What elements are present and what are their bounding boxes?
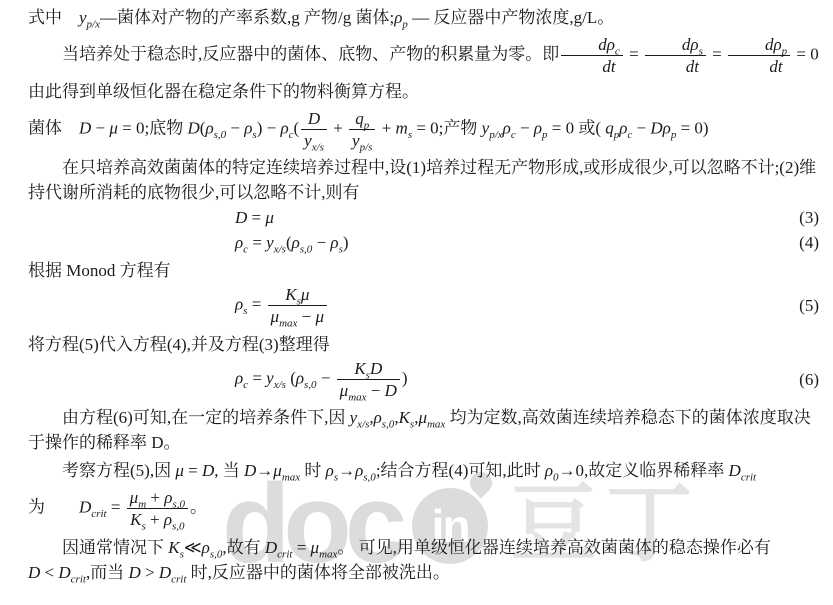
equation-6-label: (6): [799, 367, 825, 392]
fraction: Dyx/s: [301, 108, 327, 152]
fraction: KsDμmax − D: [337, 358, 400, 402]
paragraph-balance-equations: 菌体 D − μ = 0;底物 D(ρs,0 − ρs) − ρc(Dyx/s …: [28, 107, 825, 153]
paragraph-critical-dilution: 考察方程(5),因 μ = D, 当 D→μmax 时 ρs→ρs,0;结合方程…: [28, 458, 825, 483]
paragraph-washout: D < Dcrit,而当 D > Dcrit 时,反应器中的菌体将全部被洗出。: [28, 560, 825, 585]
equation-4: ρc = yx/s(ρs,0 − ρs): [235, 230, 349, 255]
fraction: dρcdt: [561, 34, 623, 78]
equation-3-label: (3): [799, 205, 825, 230]
paragraph-dcrit-formula: 为 Dcrit = μm + ρs,0Ks + ρs,0。: [28, 486, 825, 532]
equation-4-label: (4): [799, 230, 825, 255]
equation-3-row: D = μ (3): [28, 205, 825, 230]
paragraph-symbol-legend: 式中 yp/x—菌体对产物的产率系数,g 产物/g 菌体;ρp — 反应器中产物…: [28, 5, 825, 30]
paragraph-eq6-discussion: 由方程(6)可知,在一定的培养条件下,因 yx/s,ρs,0,Ks,μmax 均…: [28, 405, 825, 455]
equation-6: ρc = yx/s (ρs,0 − KsDμmax − D): [235, 357, 408, 403]
fraction: μm + ρs,0Ks + ρs,0: [127, 487, 188, 531]
document-content: 式中 yp/x—菌体对产物的产率系数,g 产物/g 菌体;ρp — 反应器中产物…: [0, 0, 833, 585]
paragraph-monod-intro: 根据 Monod 方程有: [28, 258, 825, 283]
paragraph-balance-intro: 由此得到单级恒化器在稳定条件下的物料衡算方程。: [28, 79, 825, 104]
equation-6-row: ρc = yx/s (ρs,0 − KsDμmax − D) (6): [28, 357, 825, 403]
equation-3: D = μ: [235, 205, 274, 230]
equation-5-row: ρs = Ksμμmax − μ (5): [28, 283, 825, 329]
equation-5-label: (5): [799, 293, 825, 318]
fraction: dρsdt: [645, 34, 706, 78]
paragraph-dcrit-approx: 因通常情况下 Ks≪ρs,0,故有 Dcrit = μmax。 可见,用单级恒化…: [28, 535, 825, 560]
paragraph-steady-state: 当培养处于稳态时,反应器中的菌体、底物、产物的积累量为零。即dρcdt = dρ…: [28, 33, 825, 79]
paragraph-substitution: 将方程(5)代入方程(4),并及方程(3)整理得: [28, 332, 825, 357]
equation-5: ρs = Ksμμmax − μ: [235, 283, 329, 329]
paragraph-assumptions: 在只培养高效菌菌体的特定连续培养过程中,设(1)培养过程无产物形成,或形成很少,…: [28, 155, 825, 205]
fraction: dρpdt: [728, 34, 790, 78]
fraction: qpyp/s: [349, 108, 375, 152]
equation-4-row: ρc = yx/s(ρs,0 − ρs) (4): [28, 230, 825, 255]
fraction: Ksμμmax − μ: [268, 284, 328, 328]
